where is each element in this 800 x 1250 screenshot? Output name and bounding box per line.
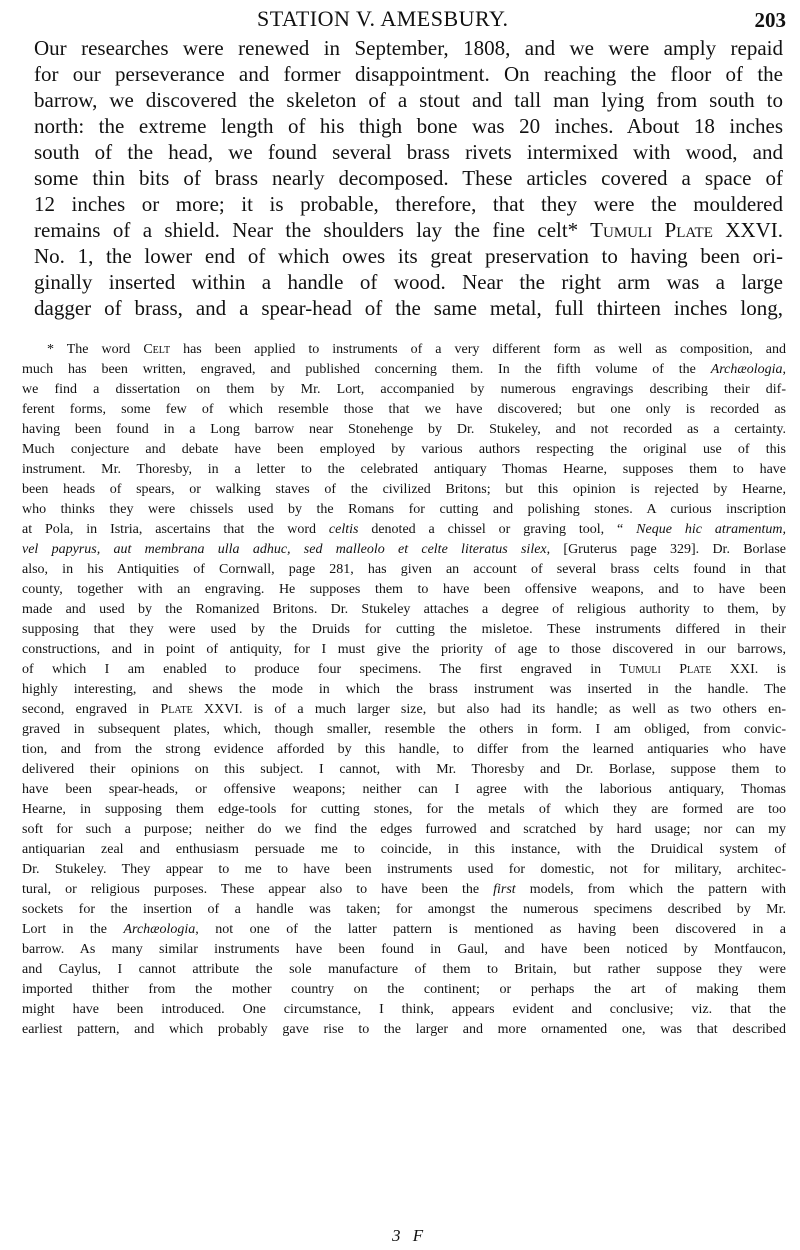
body-line: for our perseverance and former disappoi…: [34, 61, 783, 87]
footnote-line: been heads of spears, or walking staves …: [22, 480, 786, 500]
fn-text: ,: [783, 362, 787, 377]
footnote-line: at Pola, in Istria, ascertains that the …: [22, 520, 786, 540]
footnote-line: Lort in the Archæologia, not one of the …: [22, 920, 786, 940]
footnote-line: and Caylus, I cannot attribute the sole …: [22, 960, 786, 980]
footnote-line: second, engraved in Plate XXVI. is of a …: [22, 700, 786, 720]
footnote-line: highly interesting, and shews the mode i…: [22, 680, 786, 700]
fn-smallcaps: Celt: [143, 342, 170, 357]
fn-italic: Archæologia: [123, 922, 195, 937]
footnote-line: * The word Celt has been applied to inst…: [47, 340, 786, 360]
body-line: south of the head, we found several bras…: [34, 139, 783, 165]
fn-italic: vel papyrus, aut membrana ulla adhuc, se…: [22, 542, 547, 557]
footnote-line: have been spear-heads, or offensive weap…: [22, 780, 786, 800]
footnote-line: county, together with an engraving. He s…: [22, 580, 786, 600]
fn-italic: celtis: [329, 522, 359, 537]
body-line: some thin bits of brass nearly decompose…: [34, 165, 783, 191]
footnote-line: sockets for the insertion of a handle wa…: [22, 900, 786, 920]
footnote-line: constructions, and in point of antiquity…: [22, 640, 786, 660]
footnote-line: who thinks they were chissels used by th…: [22, 500, 786, 520]
footnote-line: antiquarian zeal and enthusiasm persuade…: [22, 840, 786, 860]
page-number: 203: [755, 8, 787, 33]
body-line: barrow, we discovered the skeleton of a …: [34, 87, 783, 113]
plate-reference: Tumuli Plate XXVI.: [578, 218, 783, 242]
footnote-line: we find a dissertation on them by Mr. Lo…: [22, 380, 786, 400]
footnote-line: imported thither from the mother country…: [22, 980, 786, 1000]
fn-italic: Archæologia: [711, 362, 783, 377]
footnote-line: barrow. As many similar instruments have…: [22, 940, 786, 960]
fn-text: of which I am enabled to produce four sp…: [22, 662, 620, 677]
footnote-line: of which I am enabled to produce four sp…: [22, 660, 786, 680]
footnote-line: earliest pattern, and which probably gav…: [22, 1020, 786, 1040]
footnote-line: having been found in a Long barrow near …: [22, 420, 786, 440]
fn-text: models, from which the pattern with: [516, 882, 786, 897]
fn-text: tural, or religious purposes. These appe…: [22, 882, 493, 897]
footnote-line: Much conjecture and debate have been emp…: [22, 440, 786, 460]
printer-signature: 3 F: [392, 1226, 427, 1246]
body-line: 12 inches or more; it is probable, there…: [34, 191, 783, 217]
footnote-line: also, in his Antiquities of Cornwall, pa…: [22, 560, 786, 580]
fn-text: * The word: [47, 342, 143, 357]
fn-text: second, engraved in: [22, 702, 160, 717]
body-line: No. 1, the lower end of which owes its g…: [34, 243, 783, 269]
footnote-line: tural, or religious purposes. These appe…: [22, 880, 786, 900]
footnote-line: made and used by the Romanized Britons. …: [22, 600, 786, 620]
fn-smallcaps: Plate: [160, 702, 192, 717]
body-line: dagger of brass, and a spear-head of the…: [34, 295, 783, 321]
footnote-line: soft for such a purpose; neither do we f…: [22, 820, 786, 840]
footnote-line: ferent forms, some few of which resemble…: [22, 400, 786, 420]
fn-text: has been applied to instruments of a ver…: [170, 342, 786, 357]
fn-text: XXI. is: [711, 662, 786, 677]
body-line: Our researches were renewed in September…: [34, 35, 783, 61]
fn-text: , not one of the latter pattern is menti…: [195, 922, 786, 937]
fn-text: Lort in the: [22, 922, 123, 937]
footnote-line: vel papyrus, aut membrana ulla adhuc, se…: [22, 540, 786, 560]
body-line: north: the extreme length of his thigh b…: [34, 113, 783, 139]
body-text: remains of a shield. Near the shoulders …: [34, 218, 578, 242]
footnote-line: delivered their opinions on this subject…: [22, 760, 786, 780]
fn-text: denoted a chissel or graving tool, “: [358, 522, 636, 537]
body-line: remains of a shield. Near the shoulders …: [34, 217, 783, 243]
footnote-line: might have been introduced. One circumst…: [22, 1000, 786, 1020]
page-header: STATION V. AMESBURY. 203: [0, 4, 800, 34]
footnote-line: graved in subsequent plates, which, thou…: [22, 720, 786, 740]
footnote-line: Hearne, in supposing them edge-tools for…: [22, 800, 786, 820]
fn-smallcaps: Tumuli Plate: [620, 662, 712, 677]
fn-text: , [Gruterus page 329]. Dr. Borlase: [547, 542, 786, 557]
footnote-line: Dr. Stukeley. They appear to me to have …: [22, 860, 786, 880]
footnote-line: supposing that they were used by the Dru…: [22, 620, 786, 640]
fn-italic: first: [493, 882, 516, 897]
footnote-line: tion, and from the strong evidence affor…: [22, 740, 786, 760]
fn-text: much has been written, engraved, and pub…: [22, 362, 711, 377]
fn-text: XXVI. is of a much larger size, but also…: [193, 702, 786, 717]
body-line: ginally inserted within a handle of wood…: [34, 269, 783, 295]
footnote-line: much has been written, engraved, and pub…: [22, 360, 786, 380]
fn-italic: Neque hic atramentum,: [636, 522, 786, 537]
fn-text: at Pola, in Istria, ascertains that the …: [22, 522, 329, 537]
running-head: STATION V. AMESBURY.: [257, 6, 509, 32]
footnote-line: instrument. Mr. Thoresby, in a letter to…: [22, 460, 786, 480]
